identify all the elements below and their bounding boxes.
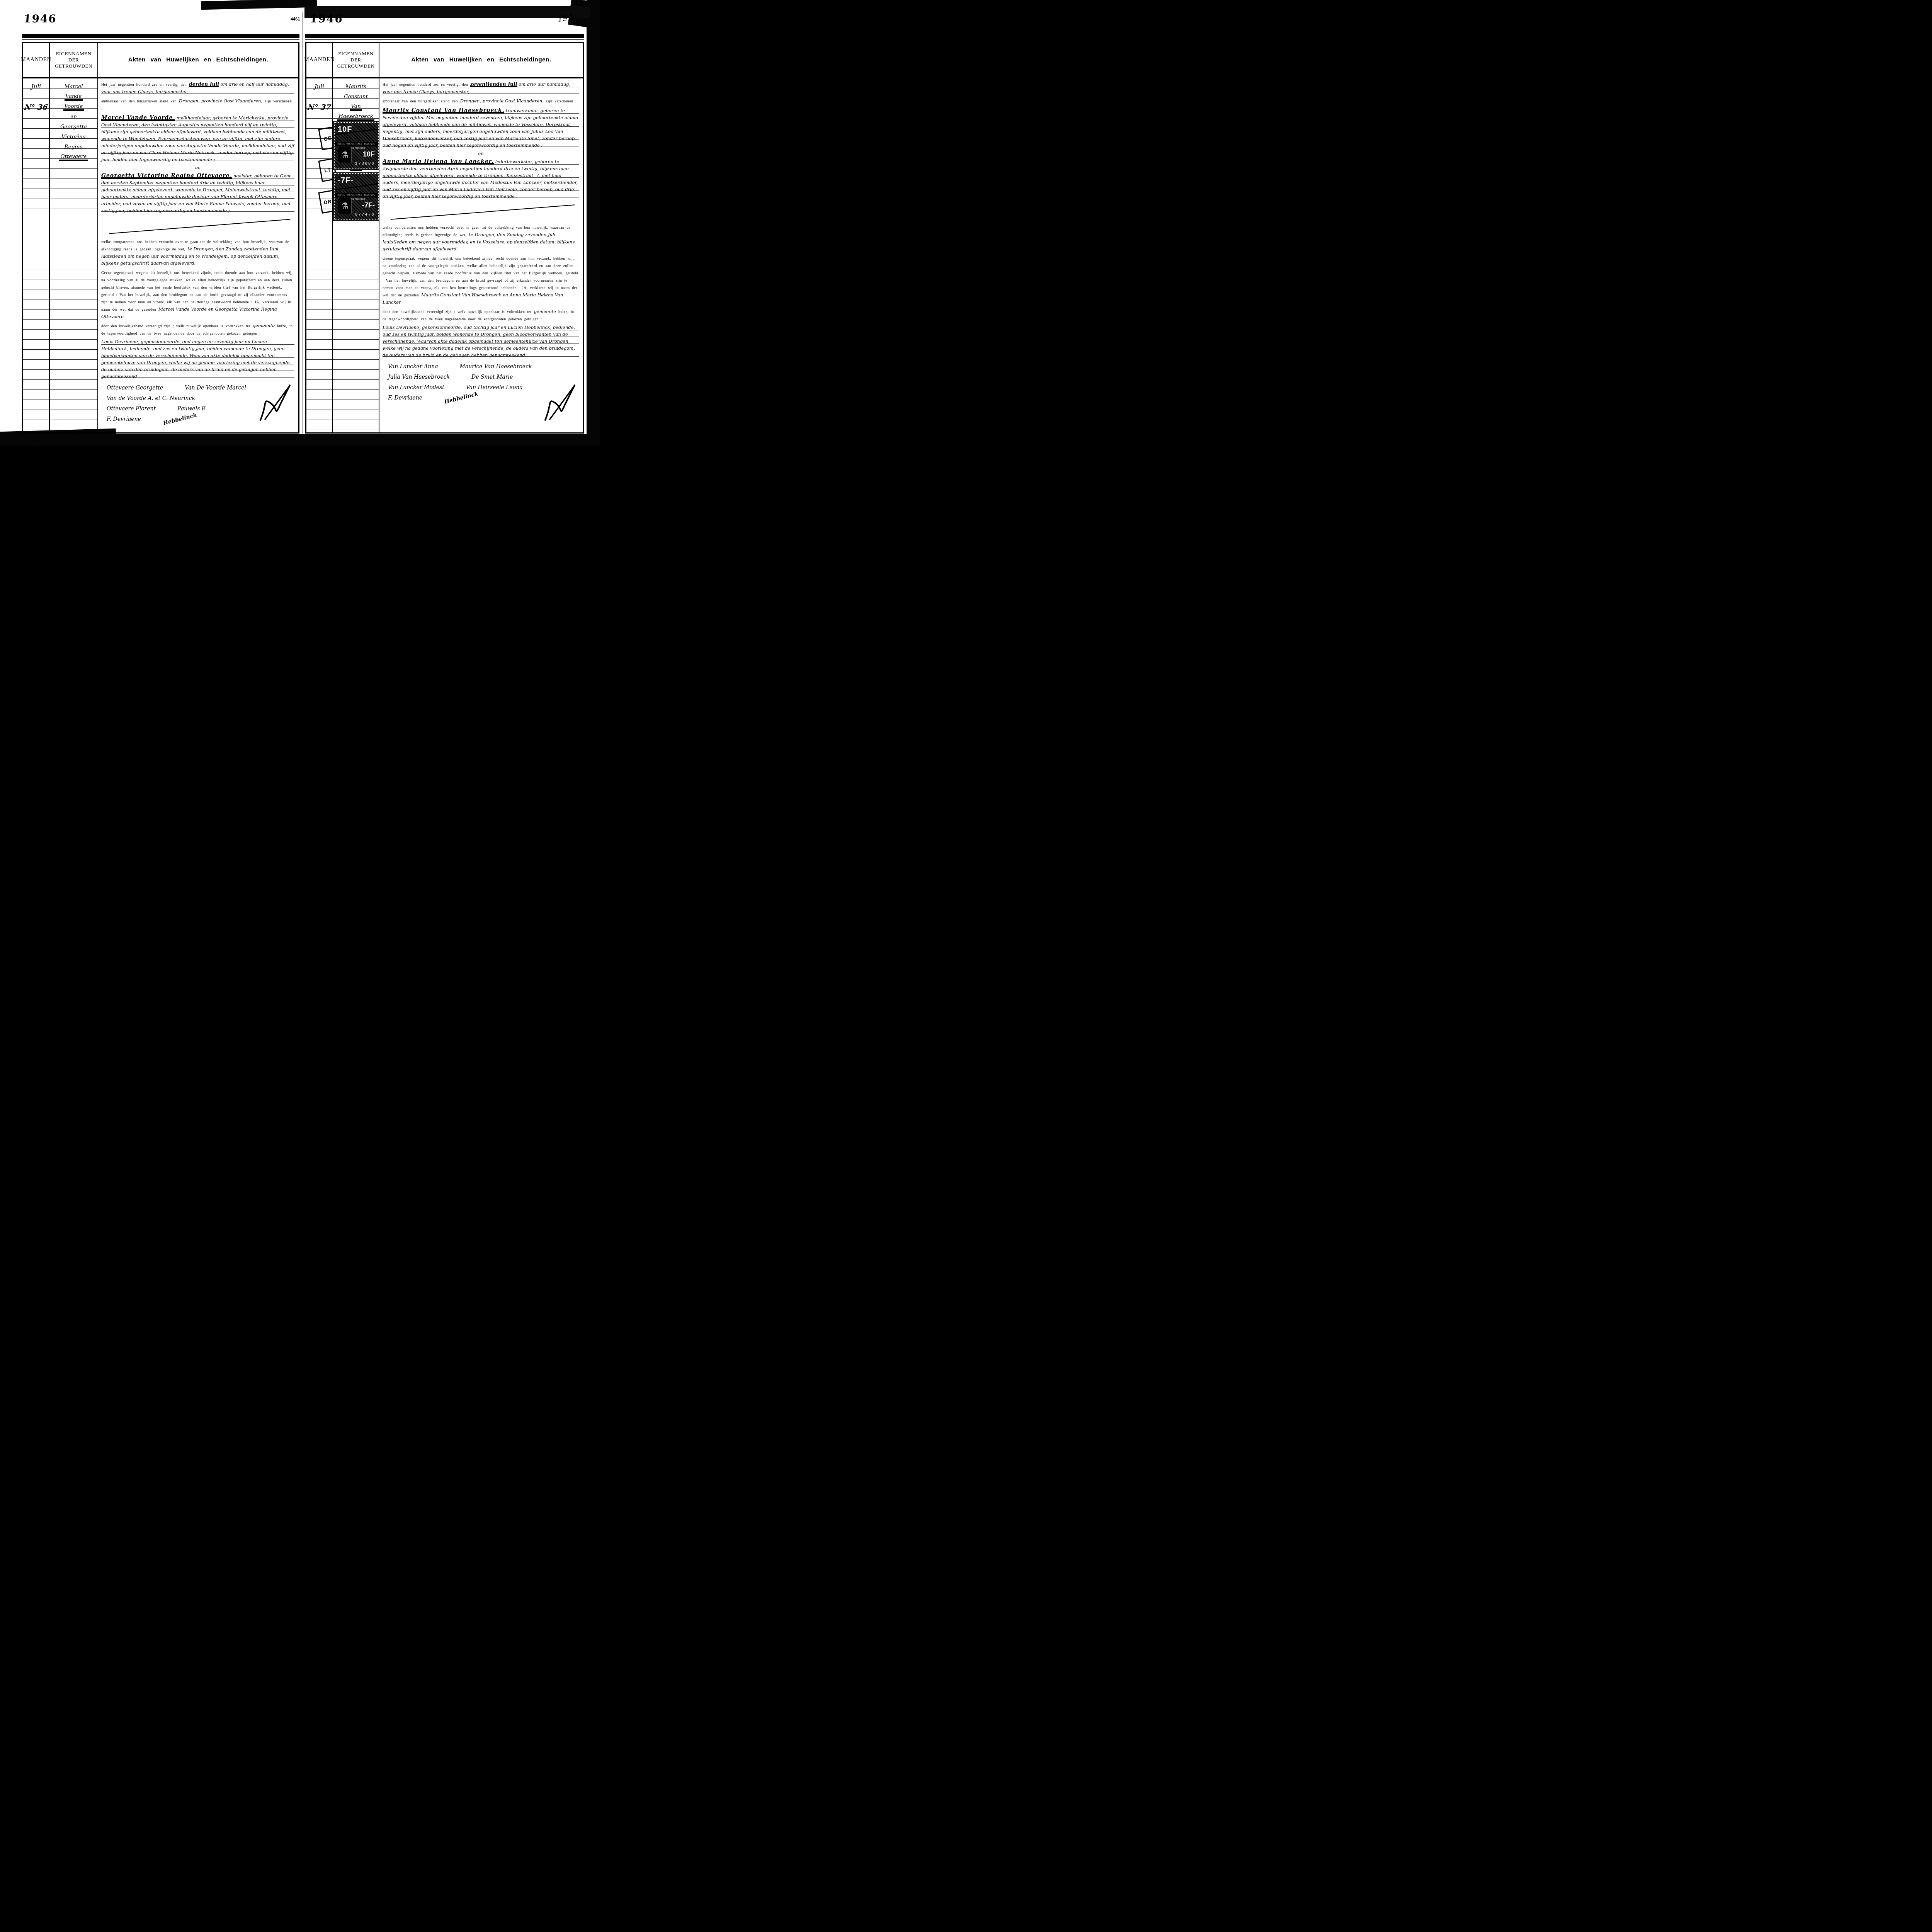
printed-text: door den huwelijksband vereenigd zijn ; … (383, 310, 534, 314)
fiscal-stamps: 10F BELGIE FISCALE TAXES · BELGIQUE TAXE… (334, 122, 379, 224)
printed-text: ambtenaar van den burgerlijken stand van (383, 99, 460, 104)
signature: Van Lancker Anna (388, 362, 438, 372)
signature-line: Julia Van HaesebroeckDe Smet Marie (383, 372, 579, 383)
scan-edge-right (587, 0, 600, 446)
column-header-acts: Akten van Huwelijken en Echtscheidingen. (98, 43, 298, 77)
names-label-1: EIGENNAMEN (56, 51, 92, 57)
act-number: N° 36 (22, 103, 49, 112)
act-paragraph: ambtenaar van den burgerlijken stand van… (383, 97, 579, 105)
handwritten-text: Marcel Vande Voorde, (101, 115, 175, 121)
handwritten-text: Louis Devriaene, gepensionneerde, oud ta… (383, 325, 575, 358)
month-entry: Juli (23, 83, 49, 90)
acts-label: Akten van Huwelijken en Echtscheidingen. (411, 56, 551, 63)
act-paragraph: Marcel Vande Voorde, melkhandelaar, gebo… (101, 114, 294, 163)
stamp-band-text: BELGIE FISCALE TAXES · BELGIQUE TAXES FI… (335, 193, 378, 197)
handwritten-text: Louis Devriaene, gepensionneerde, oud ne… (101, 339, 291, 379)
signature: Van de Voorde A. et C. Neurinck (107, 393, 195, 404)
header-rule (305, 34, 584, 38)
year-heading: 1946 (310, 12, 344, 25)
handwritten-text: gemeente (253, 323, 275, 328)
months-label: MAANDEN (304, 57, 335, 63)
act-paragraph: ambtenaar van den burgerlijken stand van… (101, 97, 294, 112)
names-label-1: EIGENNAMEN (338, 51, 374, 57)
handwritten-text: Drongen, provincie Oost-Vlaanderen, (179, 98, 262, 104)
act-paragraph: Geene tegenspraak wegens dit huwelijk on… (101, 269, 294, 320)
signature: Van Lancker Modest (388, 383, 444, 393)
month-column: Juli N° 36 (23, 78, 50, 432)
act-paragraph: welke comparanten ons hebben verzocht ov… (383, 224, 579, 252)
column-header-names: EIGENNAMEN DER GETROUWDEN (50, 43, 98, 77)
signature: Van De Voorde Marcel (185, 383, 246, 393)
printed-text: zijn verschenen : (544, 99, 577, 104)
signature-line: Van Lancker AnnaMaurice Van Haesebroeck (383, 362, 579, 372)
printed-text: Het jaar negentien honderd zes en veerti… (383, 83, 470, 87)
margin-name: Voorde (63, 102, 84, 111)
register-table: MAANDEN EIGENNAMEN DER GETROUWDEN Akten … (305, 42, 584, 434)
stamp-serial: 173886 (355, 162, 375, 166)
handwritten-text: lederbewerkster, geboren te Zwijnaarde d… (383, 159, 578, 199)
handwritten-text: gemeente (534, 309, 556, 314)
act-paragraph: door den huwelijksband vereenigd zijn ; … (383, 308, 579, 323)
signature: Julia Van Haesebroeck (388, 372, 450, 383)
gutter-fold-line (303, 12, 303, 434)
handwritten-text: Anna Maria Helena Van Lancker, (383, 158, 494, 165)
act-column: Het jaar negentien honderd zes en veerti… (379, 78, 583, 432)
lion-emblem-icon: ⚗ (338, 198, 352, 214)
margin-name: Ottevaere (59, 152, 88, 161)
signature: Ottevaere Georgette (107, 383, 163, 393)
column-header-names: EIGENNAMEN DER GETROUWDEN (333, 43, 379, 77)
act-column: Het jaar negentien honderd zes en veerti… (98, 78, 298, 432)
table-header: MAANDEN EIGENNAMEN DER GETROUWDEN Akten … (23, 43, 298, 78)
handwritten-text: en (195, 165, 201, 170)
cancellation-stamps: GE LT DR (320, 128, 335, 223)
blank-space-strike-line (101, 216, 294, 236)
printed-text: Het jaar negentien honderd zes en veerti… (101, 83, 189, 87)
act-paragraph: Het jaar negentien honderd zes en veerti… (383, 81, 579, 95)
gutter-smudge (201, 0, 317, 10)
handwritten-text: derden Juli (189, 81, 219, 87)
year-heading: 1946 (23, 12, 57, 25)
printed-text: Geene tegenspraak wegens dit huwelijk on… (101, 271, 293, 312)
names-label-2: DER GETROUWDEN (50, 57, 97, 69)
handwritten-text: zeventienden Juli (470, 81, 517, 87)
spouse-names-column: MarcelVandeVoordeenGeorgettaVictorinaReg… (50, 78, 98, 432)
signature: Maurice Van Haesebroeck (460, 362, 532, 372)
margin-name: en (70, 112, 77, 122)
act-paragraph: Georgetta Victorina Regina Ottevaere, na… (101, 172, 294, 214)
handwritten-text: melkhandelaar, geboren te Mariakerke, pr… (101, 115, 294, 162)
margin-name: Constant (344, 92, 368, 102)
column-header-months: MAANDEN (23, 43, 50, 77)
act-paragraph: Anna Maria Helena Van Lancker, lederbewe… (383, 158, 579, 200)
signature: De Smet Marie (471, 372, 513, 383)
act-paragraph: door den huwelijksband vereenigd zijn ; … (101, 322, 294, 337)
act-paragraph: Het jaar negentien honderd zes en veerti… (101, 81, 294, 95)
month-entry: Juli (306, 83, 332, 90)
column-header-acts: Akten van Huwelijken en Echtscheidingen. (379, 43, 583, 77)
header-rule-thin (305, 39, 584, 40)
act-paragraph: Louis Devriaene, gepensionneerde, oud ne… (101, 338, 294, 380)
stamp-value: 10F (363, 150, 375, 158)
act-paragraph: welke comparanten ons hebben verzocht ov… (101, 238, 294, 267)
register-table: MAANDEN EIGENNAMEN DER GETROUWDEN Akten … (22, 42, 299, 434)
margin-name: Georgetta (60, 122, 87, 132)
stamp-value: -7F- (362, 201, 375, 209)
handwritten-text: Maurits Constant Van Haesebroeck, (383, 107, 504, 114)
lion-emblem-icon: ⚗ (338, 147, 352, 163)
table-header: MAANDEN EIGENNAMEN DER GETROUWDEN Akten … (306, 43, 583, 78)
acts-label: Akten van Huwelijken en Echtscheidingen. (128, 56, 268, 63)
months-label: MAANDEN (21, 57, 51, 63)
fiscal-stamp-10f: 10F BELGIE FISCALE TAXES · BELGIQUE TAXE… (334, 122, 379, 169)
stamp-serial: 077476 (355, 213, 375, 217)
act-paragraph: Geene tegenspraak wegens dit huwelijk on… (383, 255, 579, 306)
act-paragraph: Louis Devriaene, gepensionneerde, oud ta… (383, 324, 579, 359)
stamp-value: -7F- (338, 176, 354, 185)
margin-name: Van (350, 102, 362, 111)
table-body: Juli N° 36 MarcelVandeVoordeenGeorgettaV… (23, 78, 298, 432)
act-paragraph: en (101, 164, 294, 171)
burgemeester-signature-flourish (258, 382, 291, 422)
act-text: Het jaar negentien honderd zes en veerti… (101, 81, 294, 380)
handwritten-text: Drongen, provincie Oost-Vlaanderen, (460, 98, 544, 104)
printed-text: door den huwelijksband vereenigd zijn ; … (101, 324, 253, 328)
margin-name: Regina (65, 142, 83, 152)
handwritten-text: en (478, 151, 483, 156)
printed-text: Geene tegenspraak wegens dit huwelijk on… (383, 257, 578, 298)
margin-name: Marcel (64, 82, 83, 92)
handwritten-text: Georgetta Victorina Regina Ottevaere, (101, 173, 232, 179)
margin-name: Victorina (61, 132, 85, 142)
margin-name: Vande (65, 92, 83, 101)
act-text: Het jaar negentien honderd zes en veerti… (383, 81, 579, 359)
column-header-months: MAANDEN (306, 43, 333, 77)
stamp-band-text: BELGIE FISCALE TAXES · BELGIQUE TAXES FI… (335, 142, 378, 146)
margin-name: Maurits (345, 82, 366, 92)
fiscal-stamp-7f: -7F- BELGIE FISCALE TAXES · BELGIQUE TAX… (334, 173, 379, 220)
register-page-left: 1946 MAANDEN EIGENNAMEN DER GETROUWDEN A… (22, 12, 299, 434)
names-label-2: DER GETROUWDEN (333, 57, 379, 69)
printed-text: ambtenaar van den burgerlijken stand van (101, 99, 179, 104)
handwritten-text: tramwerkman, geboren te Nevele den vijfd… (383, 108, 579, 148)
blank-space-strike-line (383, 201, 579, 222)
header-rule (22, 34, 299, 38)
signature: Ottevaere Florent (107, 404, 156, 414)
act-number: N° 37 (306, 103, 333, 112)
act-paragraph: en (383, 150, 579, 157)
signature: F. Devriaene (107, 414, 141, 425)
names-column: MarcelVandeVoordeenGeorgettaVictorinaReg… (50, 78, 97, 162)
header-rule-thin (22, 39, 299, 40)
register-scan: 19 N 4461 4461 1946 MAANDEN EIGENNAMEN D… (0, 0, 600, 446)
signature: F. Devriaene (388, 393, 422, 403)
burgemeester-signature-flourish (543, 382, 576, 422)
handwritten-text: naaister, geboren te Gent den eersten Se… (101, 173, 291, 213)
margin-name: Haesebroeck (337, 112, 374, 121)
act-paragraph: Maurits Constant Van Haesebroeck, tramwe… (383, 107, 579, 149)
